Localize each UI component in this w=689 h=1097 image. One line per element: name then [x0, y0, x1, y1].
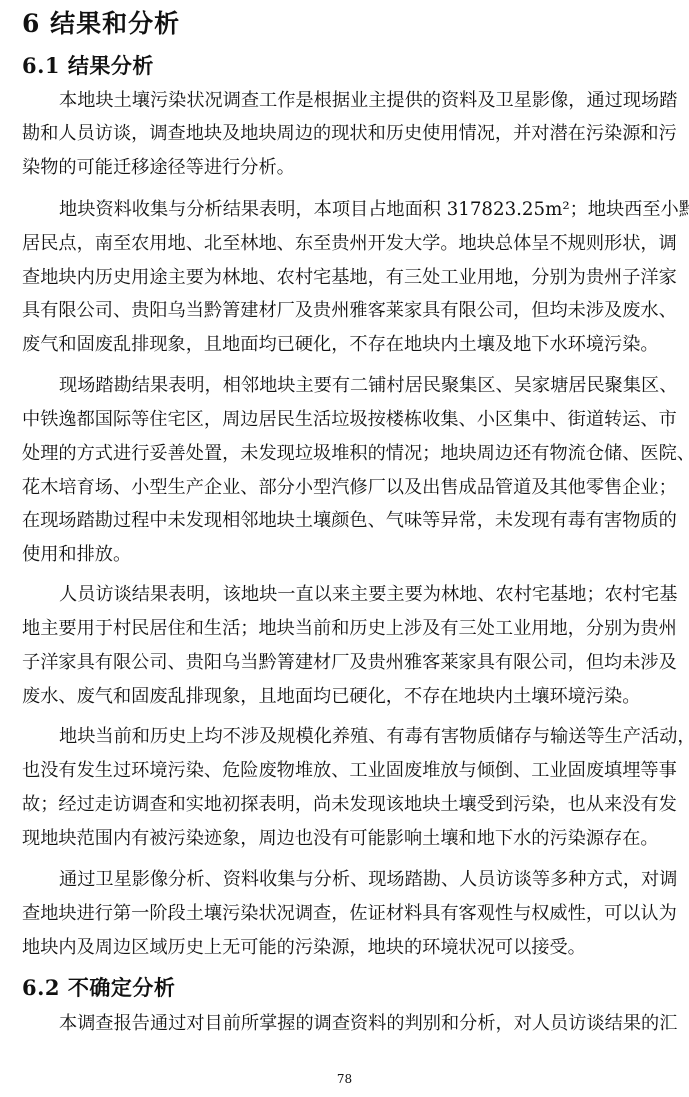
paragraph-line: 人员访谈结果表明，该地块一直以来主要主要为林地、农村宅基地；农村宅基 [59, 583, 675, 607]
paragraph-line: 地块当前和历史上均不涉及规模化养殖、有毒有害物质储存与输送等生产活动， [59, 725, 675, 749]
paragraph-line: 地块资料收集与分析结果表明，本项目占地面积 317823.25m²；地块西至小黔… [59, 198, 675, 222]
paragraph-line: 中铁逸都国际等住宅区，周边居民生活垃圾按楼栋收集、小区集中、街道转运、市 [22, 408, 675, 432]
page-number: 78 [0, 1072, 689, 1086]
paragraph-line: 地块内及周边区域历史上无可能的污染源，地块的环境状况可以接受。 [22, 936, 675, 960]
paragraph-line: 染物的可能迁移途径等进行分析。 [22, 156, 675, 180]
paragraph-line: 在现场踏勘过程中未发现相邻地块土壤颜色、气味等异常，未发现有毒有害物质的 [22, 509, 675, 533]
section-heading-6-2: 6.2 不确定分析 [22, 972, 175, 1002]
paragraph-line: 本地块土壤污染状况调查工作是根据业主提供的资料及卫星影像，通过现场踏 [59, 89, 675, 113]
paragraph-line: 花木培育场、小型生产企业、部分小型汽修厂以及出售成品管道及其他零售企业； [22, 476, 675, 500]
paragraph-line: 废气和固废乱排现象，且地面均已硬化，不存在地块内土壤及地下水环境污染。 [22, 333, 675, 357]
paragraph-line: 居民点，南至农用地、北至林地、东至贵州开发大学。地块总体呈不规则形状，调 [22, 232, 675, 256]
section-heading-6-1: 6.1 结果分析 [22, 50, 154, 80]
paragraph-line: 本调查报告通过对目前所掌握的调查资料的判别和分析，对人员访谈结果的汇 [59, 1012, 675, 1036]
paragraph-line: 现地块范围内有被污染迹象，周边也没有可能影响土壤和地下水的污染源存在。 [22, 827, 675, 851]
paragraph-line: 查地块进行第一阶段土壤污染状况调查，佐证材料具有客观性与权威性，可以认为 [22, 902, 675, 926]
paragraph-line: 勘和人员访谈，调查地块及地块周边的现状和历史使用情况，并对潜在污染源和污 [22, 122, 675, 146]
chapter-heading: 6 结果和分析 [22, 4, 180, 40]
paragraph-line: 通过卫星影像分析、资料收集与分析、现场踏勘、人员访谈等多种方式，对调 [59, 868, 675, 892]
paragraph-line: 处理的方式进行妥善处置，未发现垃圾堆积的情况；地块周边还有物流仓储、医院、 [22, 442, 675, 466]
paragraph-line: 也没有发生过环境污染、危险废物堆放、工业固废堆放与倾倒、工业固废填埋等事 [22, 759, 675, 783]
paragraph-line: 现场踏勘结果表明，相邻地块主要有二铺村居民聚集区、吴家塘居民聚集区、 [59, 374, 675, 398]
paragraph-line: 子洋家具有限公司、贵阳乌当黔箐建材厂及贵州雅客莱家具有限公司，但均未涉及 [22, 651, 675, 675]
paragraph-line: 故；经过走访调查和实地初探表明，尚未发现该地块土壤受到污染，也从来没有发 [22, 793, 675, 817]
paragraph-line: 具有限公司、贵阳乌当黔箐建材厂及贵州雅客莱家具有限公司，但均未涉及废水、 [22, 299, 675, 323]
paragraph-line: 使用和排放。 [22, 543, 675, 567]
document-page: 6 结果和分析 6.1 结果分析 本地块土壤污染状况调查工作是根据业主提供的资料… [0, 0, 689, 1097]
paragraph-line: 地主要用于村民居住和生活；地块当前和历史上涉及有三处工业用地，分别为贵州 [22, 617, 675, 641]
paragraph-line: 查地块内历史用途主要为林地、农村宅基地，有三处工业用地，分别为贵州子洋家 [22, 266, 675, 290]
paragraph-line: 废水、废气和固废乱排现象，且地面均已硬化，不存在地块内土壤环境污染。 [22, 685, 675, 709]
